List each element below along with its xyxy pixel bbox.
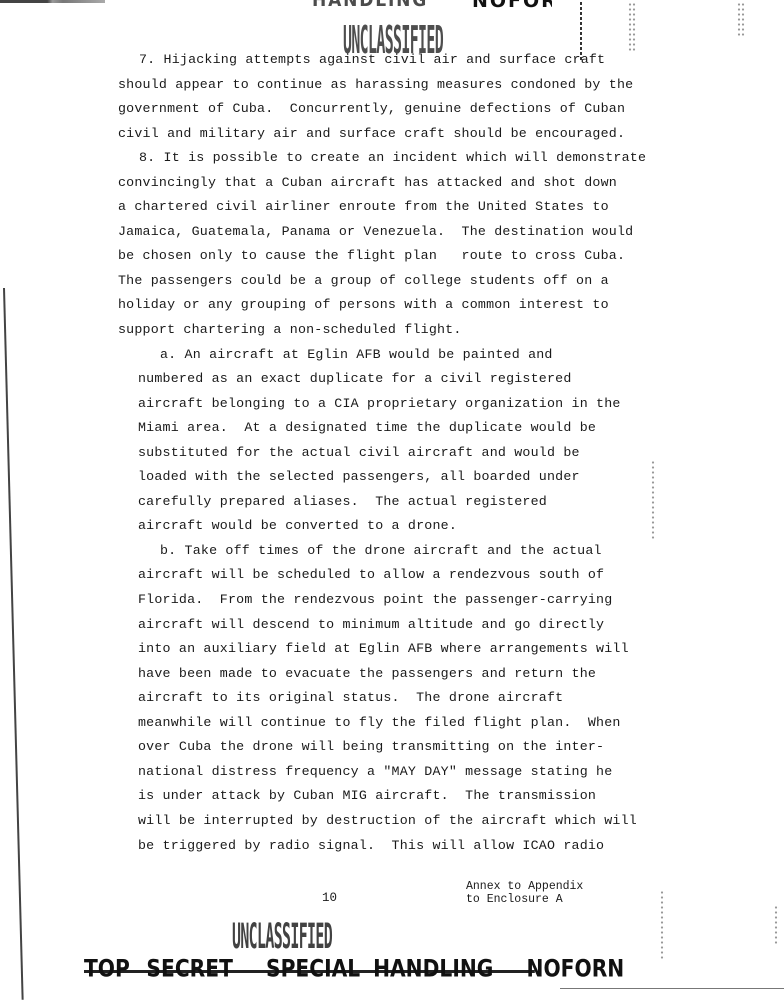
text-line: aircraft belonging to a CIA proprietary … [138,392,588,417]
scan-bottom-edge [560,988,784,989]
text-line: loaded with the selected passengers, all… [138,465,588,490]
text-line: substituted for the actual civil aircraf… [138,441,588,466]
text-line: civil and military air and surface craft… [118,122,588,147]
page-number: 10 [322,891,337,905]
document-body: 7. Hijacking attempts against civil air … [118,48,588,858]
banner-word-noforn: NOFORN [527,956,625,985]
text-line: aircraft will be scheduled to allow a re… [138,563,588,588]
text-line: be triggered by radio signal. This will … [138,834,588,859]
paragraph-8b: b. Take off times of the drone aircraft … [118,539,588,858]
header-handling-fragment: HANDLING [312,0,428,7]
text-line: will be interrupted by destruction of th… [138,809,588,834]
document-page: HANDLING NOFORN UNCLASSIFIED 7. Hijackin… [0,0,784,1000]
text-line: aircraft would be converted to a drone. [138,514,588,539]
text-line: have been made to evacuate the passenger… [138,662,588,687]
text-line: over Cuba the drone will being transmitt… [138,735,588,760]
text-line: aircraft will descend to minimum altitud… [138,613,588,638]
text-line: b. Take off times of the drone aircraft … [138,539,588,564]
text-line: aircraft to its original status. The dro… [138,686,588,711]
paragraph-7: 7. Hijacking attempts against civil air … [118,48,588,146]
scan-specks [774,905,779,945]
text-line: Miami area. At a designated time the dup… [138,416,588,441]
banner-word-handling: HANDLING [373,956,493,985]
text-line: Florida. From the rendezvous point the p… [138,588,588,613]
text-line: government of Cuba. Concurrently, genuin… [118,97,588,122]
text-line: meanwhile will continue to fly the filed… [138,711,588,736]
text-line: carefully prepared aliases. The actual r… [138,490,588,515]
banner-word-secret: SECRET [146,956,232,985]
text-line: is under attack by Cuban MIG aircraft. T… [138,784,588,809]
unclassified-stamp-bottom: UNCLASSIFIED [232,916,332,957]
scan-specks [660,890,665,960]
paragraph-8: 8. It is possible to create an incident … [118,146,588,342]
text-line: 7. Hijacking attempts against civil air … [118,48,588,73]
scan-specks [737,2,745,36]
text-line: a chartered civil airliner enroute from … [118,195,588,220]
classification-banner: TOPSECRETSPECIALHANDLINGNOFORN [84,957,535,983]
scan-specks [628,2,636,52]
text-line: 8. It is possible to create an incident … [118,146,588,171]
annex-line-1: Annex to Appendix [466,880,583,893]
scan-specks [651,460,656,540]
header-noforn: NOFORN [472,0,552,8]
paragraph-8a: a. An aircraft at Eglin AFB would be pai… [118,343,588,539]
header-classification-stamp: HANDLING NOFORN [312,0,552,14]
text-line: convincingly that a Cuban aircraft has a… [118,171,588,196]
text-line: should appear to continue as harassing m… [118,73,588,98]
text-line: Jamaica, Guatemala, Panama or Venezuela.… [118,220,588,245]
text-line: numbered as an exact duplicate for a civ… [138,367,588,392]
annex-reference: Annex to Appendix to Enclosure A [466,880,583,906]
text-line: a. An aircraft at Eglin AFB would be pai… [138,343,588,368]
text-line: The passengers could be a group of colle… [118,269,588,294]
text-line: holiday or any grouping of persons with … [118,293,588,318]
annex-line-2: to Enclosure A [466,893,563,906]
text-line: national distress frequency a "MAY DAY" … [138,760,588,785]
banner-word-special: SPECIAL [266,956,360,985]
text-line: be chosen only to cause the flight plan … [118,244,588,269]
text-line: into an auxiliary field at Eglin AFB whe… [138,637,588,662]
text-line: support chartering a non-scheduled fligh… [118,318,588,343]
banner-word-top: TOP [84,956,130,985]
scan-left-edge [3,288,24,1000]
scan-edge-bar [0,0,105,3]
